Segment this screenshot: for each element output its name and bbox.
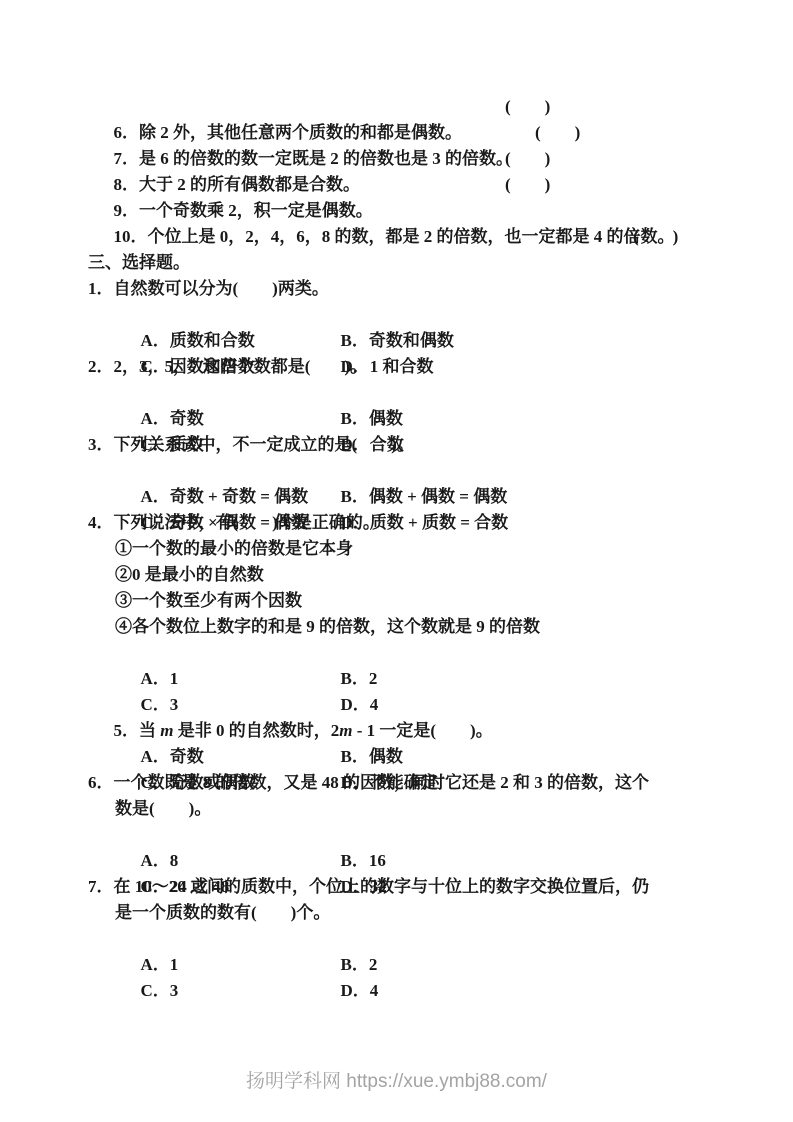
footer-watermark: 扬明学科网 https://xue.ymbj88.com/ xyxy=(0,1066,793,1093)
mc-q7-stem-line1: 7．在 10～20 之间的质数中，个位上的数字与十位上的数字交换位置后，仍 xyxy=(88,874,788,900)
answer-bracket: ( ) xyxy=(535,120,580,146)
mc-q3-options-cd: C．奇数 × 偶数 = 偶数D．质数 + 质数 = 合数 xyxy=(88,484,788,510)
mc-q4-options-cd: C．3D．4 xyxy=(88,666,788,692)
answer-bracket: ( ) xyxy=(633,224,678,250)
mc-q4-stem: 4．下列说法中，有( )个是正确的。 xyxy=(88,510,788,536)
mc-q3-stem: 3．下列关系式中，不一定成立的是( )。 xyxy=(88,432,788,458)
mc-q2-stem: 2．2，3，5，7 这四个数都是( )。 xyxy=(88,354,788,380)
mc-q6-options-ab: A．8B．16 xyxy=(88,822,788,848)
mc-q7-option-c: C．3 xyxy=(141,978,341,1004)
tf-item-6: 6．除 2 外，其他任意两个质数的和都是偶数。 ( ) xyxy=(88,94,788,120)
mc-q4-statement-4: ④各个数位上数字的和是 9 的倍数，这个数就是 9 的倍数 xyxy=(88,614,788,640)
mc-q1-options-ab: A．质数和合数B．奇数和偶数 xyxy=(88,302,788,328)
mc-q5-stem: 5．当 m 是非 0 的自然数时，2m - 1 一定是( )。 xyxy=(88,692,788,718)
tf-item-7: 7．是 6 的倍数的数一定既是 2 的倍数也是 3 的倍数。 ( ) xyxy=(88,120,788,146)
worksheet-page: 6．除 2 外，其他任意两个质数的和都是偶数。 ( ) 7．是 6 的倍数的数一… xyxy=(0,0,793,1122)
mc-q6-stem-line1: 6．一个数既是 8 的倍数，又是 48 的因数，同时它还是 2 和 3 的倍数，… xyxy=(88,770,788,796)
mc-q1-stem: 1．自然数可以分为( )两类。 xyxy=(88,276,788,302)
tf-item-10-bracket-line: ( ) xyxy=(88,224,788,250)
mc-q7-stem-line2: 是一个质数的数有( )个。 xyxy=(88,900,788,926)
mc-q7-options-cd: C．3D．4 xyxy=(88,952,788,978)
tf-item-9: 9．一个奇数乘 2，积一定是偶数。 ( ) xyxy=(88,172,788,198)
mc-q4-statement-3: ③一个数至少有两个因数 xyxy=(88,588,788,614)
mc-q7-options-ab: A．1B．2 xyxy=(88,926,788,952)
answer-bracket: ( ) xyxy=(505,94,550,120)
mc-q4-options-ab: A．1B．2 xyxy=(88,640,788,666)
footer-text: 扬明学科网 https://xue.ymbj88.com/ xyxy=(246,1071,547,1092)
mc-q6-options-cd: C．24 或 48D．32 xyxy=(88,848,788,874)
mc-q4-statement-2: ②0 是最小的自然数 xyxy=(88,562,788,588)
worksheet-content: 6．除 2 外，其他任意两个质数的和都是偶数。 ( ) 7．是 6 的倍数的数一… xyxy=(88,94,788,978)
mc-q7-option-d: D．4 xyxy=(341,981,379,1000)
tf-item-10: 10．个位上是 0，2，4，6，8 的数，都是 2 的倍数，也一定都是 4 的倍… xyxy=(88,198,788,224)
answer-bracket: ( ) xyxy=(505,146,550,172)
mc-q2-options-cd: C．质数D．合数 xyxy=(88,406,788,432)
mc-q5-options-ab: A．奇数B．偶数 xyxy=(88,718,788,744)
mc-q5-options-cd: C．奇数或偶数D．不能确定 xyxy=(88,744,788,770)
mc-q2-options-ab: A．奇数B．偶数 xyxy=(88,380,788,406)
mc-q6-stem-line2: 数是( )。 xyxy=(88,796,788,822)
section-3-heading: 三、选择题。 xyxy=(88,250,788,276)
tf-item-8: 8．大于 2 的所有偶数都是合数。 ( ) xyxy=(88,146,788,172)
answer-bracket: ( ) xyxy=(505,172,550,198)
mc-q4-statement-1: ①一个数的最小的倍数是它本身 xyxy=(88,536,788,562)
mc-q3-options-ab: A．奇数 + 奇数 = 偶数B．偶数 + 偶数 = 偶数 xyxy=(88,458,788,484)
mc-q1-options-cd: C．因数和倍数D．1 和合数 xyxy=(88,328,788,354)
